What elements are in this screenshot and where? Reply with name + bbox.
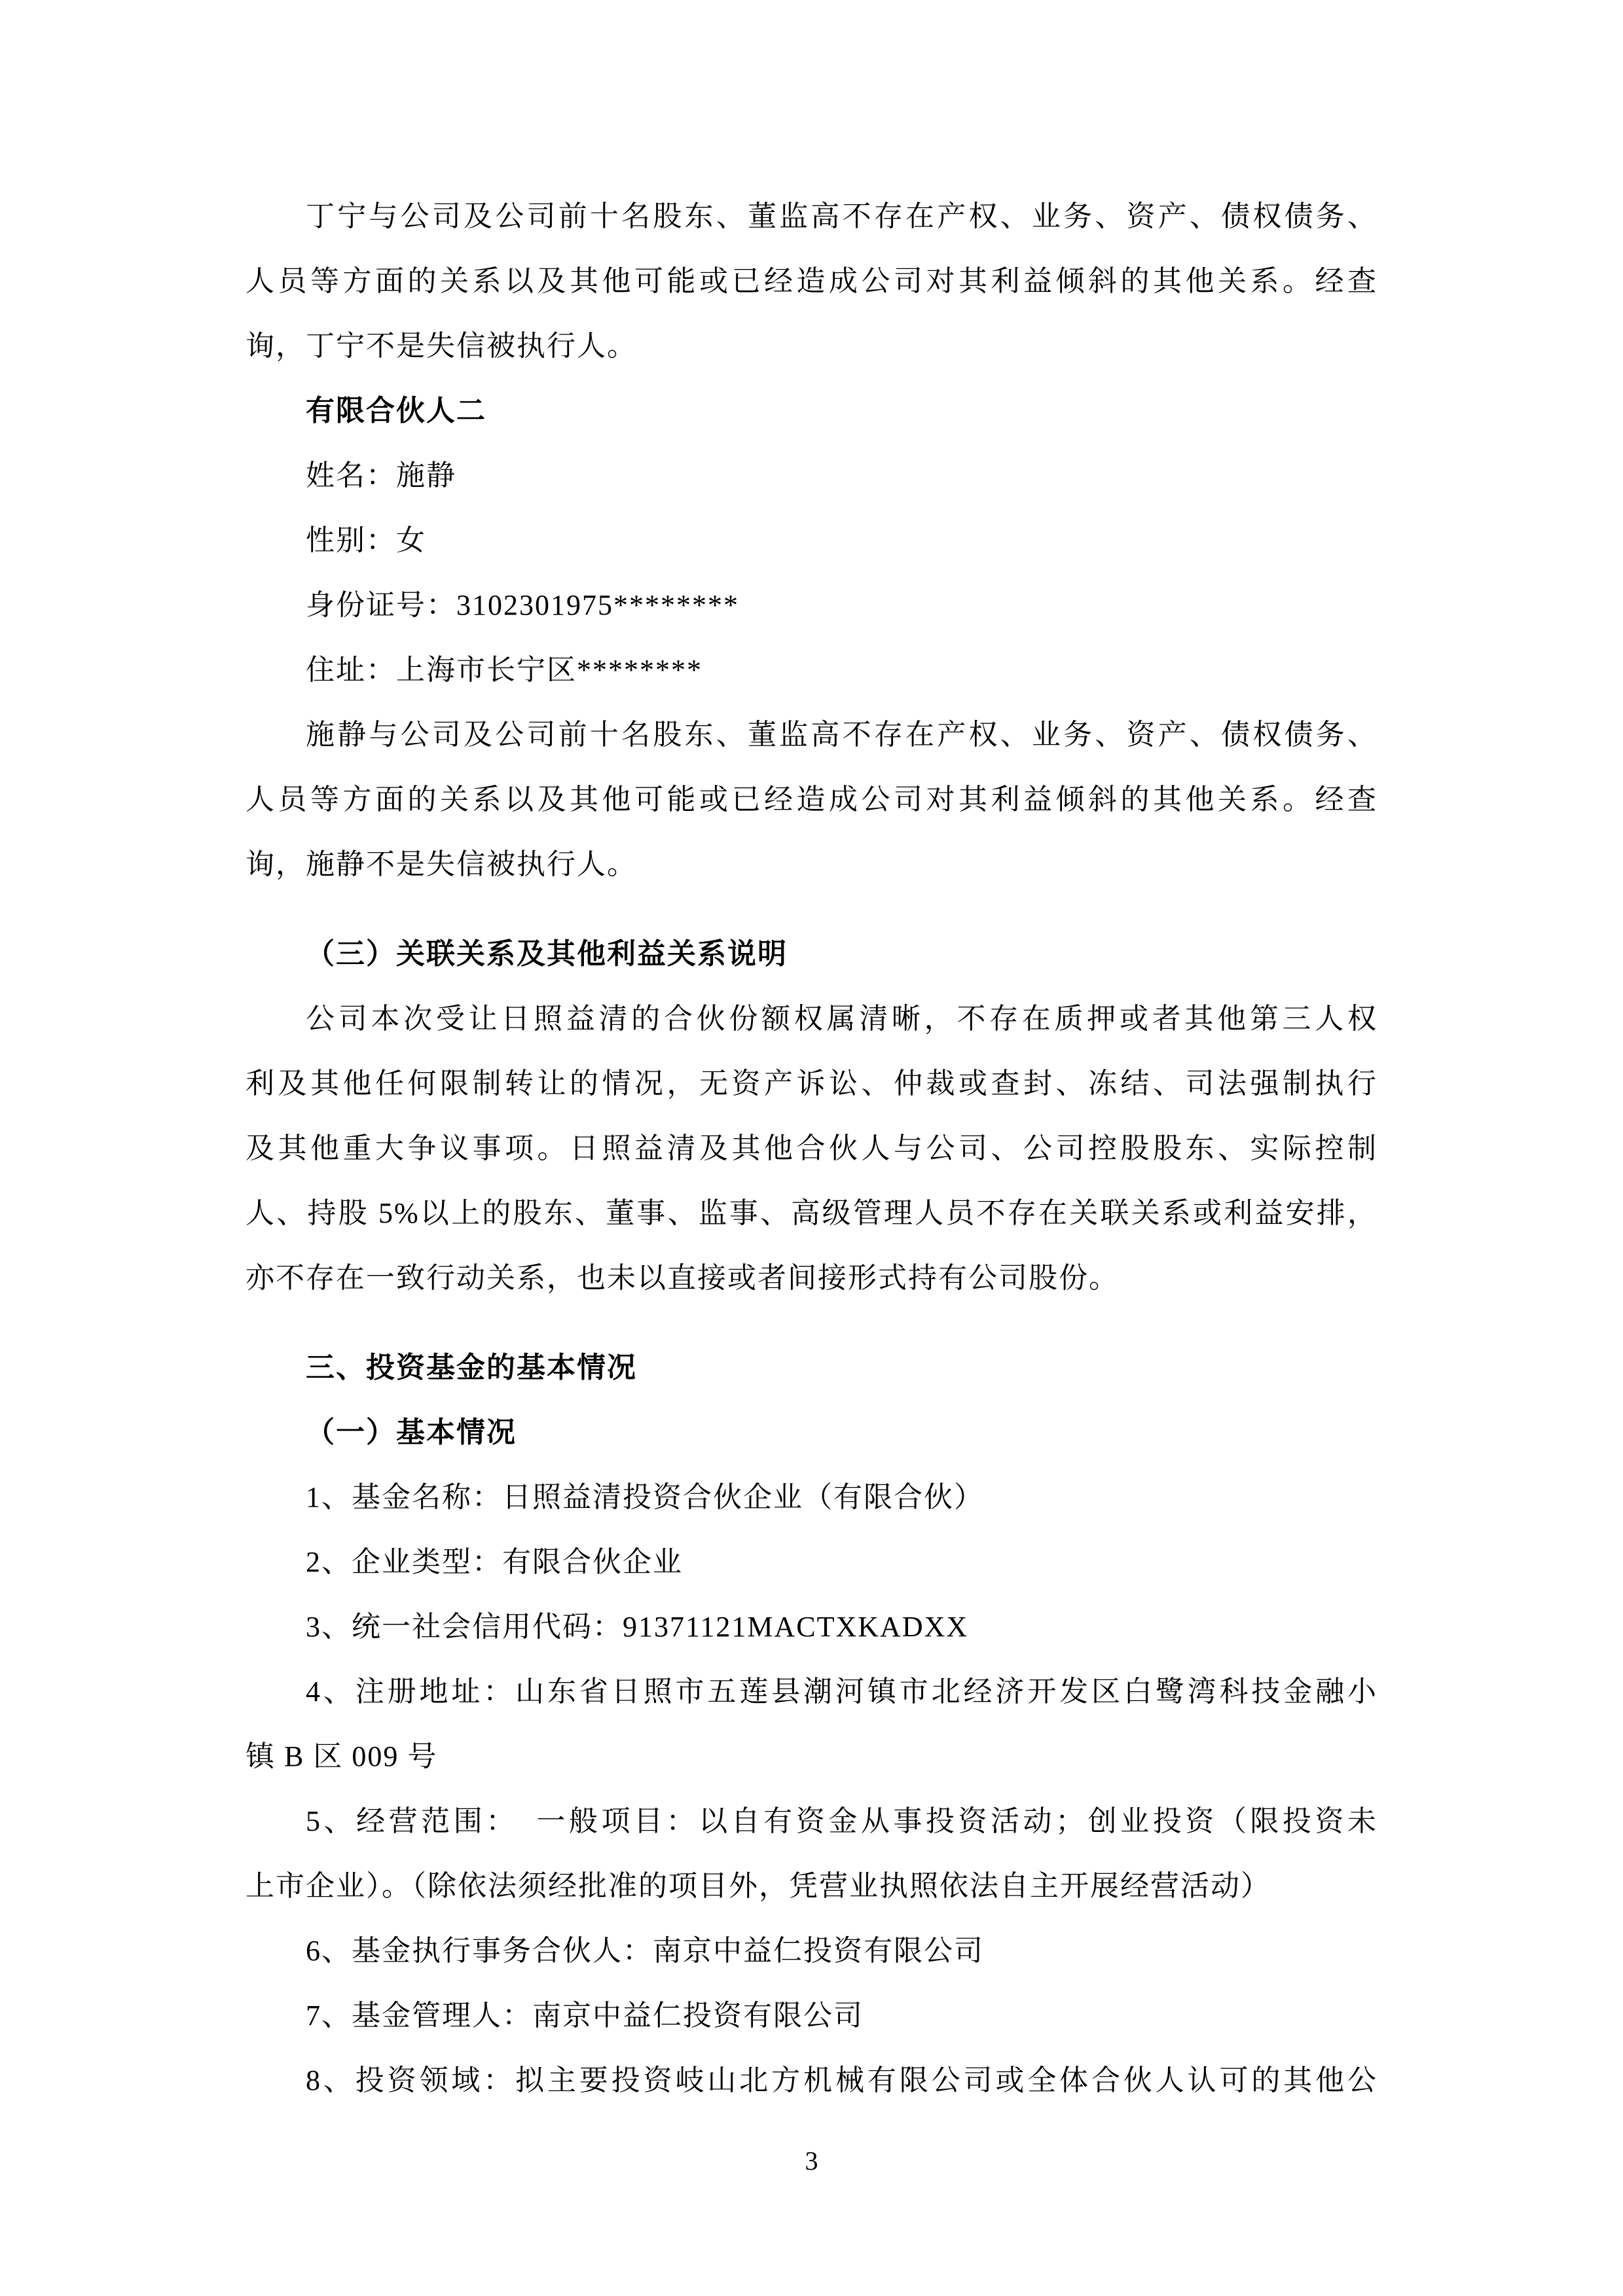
text-line: 2、企业类型：有限合伙企业	[246, 1530, 1377, 1594]
text-line: 1、基金名称：日照益清投资合伙企业（有限合伙）	[246, 1465, 1377, 1530]
text-line: 5、经营范围： 一般项目：以自有资金从事投资活动；创业投资（限投资未	[246, 1789, 1377, 1854]
heading-line: 有限合伙人二	[246, 378, 1377, 443]
document-body: 丁宁与公司及公司前十名股东、董监高不存在产权、业务、资产、债权债务、人员等方面的…	[246, 184, 1377, 2113]
text-line: 利及其他任何限制转让的情况，无资产诉讼、仲裁或查封、冻结、司法强制执行	[246, 1051, 1377, 1116]
text-line: 及其他重大争议事项。日照益清及其他合伙人与公司、公司控股股东、实际控制	[246, 1116, 1377, 1181]
heading-line: 三、投资基金的基本情况	[246, 1335, 1377, 1400]
text-line: 6、基金执行事务合伙人：南京中益仁投资有限公司	[246, 1918, 1377, 1983]
text-line: 施静与公司及公司前十名股东、董监高不存在产权、业务、资产、债权债务、	[246, 702, 1377, 767]
text-line: 姓名：施静	[246, 443, 1377, 508]
text-line: 身份证号：3102301975********	[246, 573, 1377, 637]
text-line: 人员等方面的关系以及其他可能或已经造成公司对其利益倾斜的其他关系。经查	[246, 249, 1377, 314]
text-line: 8、投资领域：拟主要投资岐山北方机械有限公司或全体合伙人认可的其他公	[246, 2048, 1377, 2113]
text-line: 3、统一社会信用代码：91371121MACTXKADXX	[246, 1594, 1377, 1659]
text-line: 亦不存在一致行动关系，也未以直接或者间接形式持有公司股份。	[246, 1246, 1377, 1310]
heading-line: （一）基本情况	[246, 1400, 1377, 1465]
text-line: 4、注册地址：山东省日照市五莲县潮河镇市北经济开发区白鹭湾科技金融小	[246, 1659, 1377, 1724]
text-line: 询，丁宁不是失信被执行人。	[246, 314, 1377, 378]
text-line: 人员等方面的关系以及其他可能或已经造成公司对其利益倾斜的其他关系。经查	[246, 767, 1377, 832]
document-page: 丁宁与公司及公司前十名股东、董监高不存在产权、业务、资产、债权债务、人员等方面的…	[0, 0, 1623, 2296]
text-line: 丁宁与公司及公司前十名股东、董监高不存在产权、业务、资产、债权债务、	[246, 184, 1377, 249]
page-number: 3	[0, 2145, 1623, 2177]
text-line: 询，施静不是失信被执行人。	[246, 832, 1377, 897]
text-line: 公司本次受让日照益清的合伙份额权属清晰，不存在质押或者其他第三人权	[246, 986, 1377, 1051]
text-line: 人、持股 5%以上的股东、董事、监事、高级管理人员不存在关联关系或利益安排，	[246, 1181, 1377, 1246]
text-line: 上市企业）。（除依法须经批准的项目外，凭营业执照依法自主开展经营活动）	[246, 1854, 1377, 1918]
text-line: 性别：女	[246, 508, 1377, 573]
text-line: 住址：上海市长宁区********	[246, 637, 1377, 702]
text-line: 镇 B 区 009 号	[246, 1724, 1377, 1789]
text-line: 7、基金管理人：南京中益仁投资有限公司	[246, 1983, 1377, 2048]
heading-line: （三）关联关系及其他利益关系说明	[246, 922, 1377, 986]
